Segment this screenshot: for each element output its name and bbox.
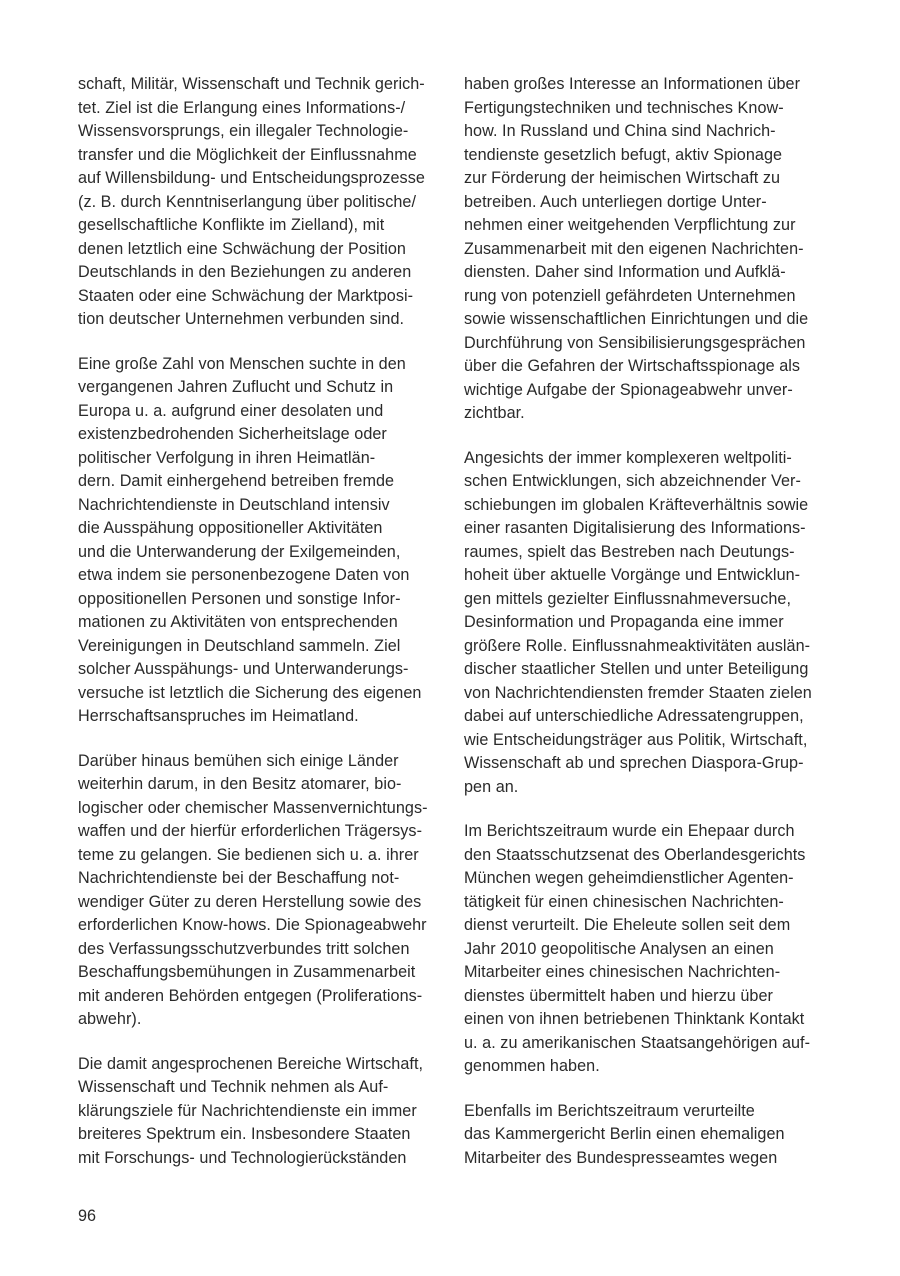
text-line: sowie wissenschaftlichen Einrichtungen u… — [464, 308, 834, 332]
text-line: Wissenschaft und Technik nehmen als Auf- — [78, 1076, 438, 1100]
text-line: über die Gefahren der Wirtschaftsspionag… — [464, 355, 834, 379]
text-line: vergangenen Jahren Zuflucht und Schutz i… — [78, 376, 438, 400]
text-line: teme zu gelangen. Sie bedienen sich u. a… — [78, 844, 438, 868]
text-line: (z. B. durch Kenntniserlangung über poli… — [78, 191, 438, 215]
text-line: gesellschaftliche Konflikte im Zielland)… — [78, 214, 438, 238]
text-line: raumes, spielt das Bestreben nach Deutun… — [464, 541, 834, 565]
text-line: einen von ihnen betriebenen Thinktank Ko… — [464, 1008, 834, 1032]
text-line: Wissensvorsprungs, ein illegaler Technol… — [78, 120, 438, 144]
text-line: logischer oder chemischer Massenvernicht… — [78, 797, 438, 821]
text-line: Mitarbeiter des Bundespresseamtes wegen — [464, 1147, 834, 1171]
text-line: solcher Ausspähungs- und Unterwanderungs… — [78, 658, 438, 682]
text-line: und die Unterwanderung der Exilgemeinden… — [78, 541, 438, 565]
text-line: discher staatlicher Stellen und unter Be… — [464, 658, 834, 682]
text-line: größere Rolle. Einflussnahmeaktivitäten … — [464, 635, 834, 659]
left-column: schaft, Militär, Wissenschaft und Techni… — [78, 73, 438, 1191]
text-line: zichtbar. — [464, 402, 834, 426]
text-line: mit Forschungs- und Technologierückständ… — [78, 1147, 438, 1171]
text-line: Im Berichtszeitraum wurde ein Ehepaar du… — [464, 820, 834, 844]
text-line: erforderlichen Know-hows. Die Spionageab… — [78, 914, 438, 938]
text-line: einer rasanten Digitalisierung des Infor… — [464, 517, 834, 541]
text-line: denen letztlich eine Schwächung der Posi… — [78, 238, 438, 262]
text-line: Durchführung von Sensibilisierungsgesprä… — [464, 332, 834, 356]
text-line: die Ausspähung oppositioneller Aktivität… — [78, 517, 438, 541]
text-line: Nachrichtendienste in Deutschland intens… — [78, 494, 438, 518]
text-line: Wissenschaft ab und sprechen Diaspora-Gr… — [464, 752, 834, 776]
right-column: haben großes Interesse an Informationen … — [464, 73, 834, 1191]
text-line: Nachrichtendienste bei der Beschaffung n… — [78, 867, 438, 891]
text-line: u. a. zu amerikanischen Staatsangehörige… — [464, 1032, 834, 1056]
text-line: existenzbedrohenden Sicherheitslage oder — [78, 423, 438, 447]
paragraph: Angesichts der immer komplexeren weltpol… — [464, 447, 834, 800]
text-line: München wegen geheimdienstlicher Agenten… — [464, 867, 834, 891]
text-line: breiteres Spektrum ein. Insbesondere Sta… — [78, 1123, 438, 1147]
text-line: abwehr). — [78, 1008, 438, 1032]
paragraph: Die damit angesprochenen Bereiche Wirtsc… — [78, 1053, 438, 1171]
text-line: politischer Verfolgung in ihren Heimatlä… — [78, 447, 438, 471]
text-line: tätigkeit für einen chinesischen Nachric… — [464, 891, 834, 915]
text-line: Desinformation und Propaganda eine immer — [464, 611, 834, 635]
text-line: Staaten oder eine Schwächung der Marktpo… — [78, 285, 438, 309]
text-line: tion deutscher Unternehmen verbunden sin… — [78, 308, 438, 332]
text-line: schaft, Militär, Wissenschaft und Techni… — [78, 73, 438, 97]
text-line: wichtige Aufgabe der Spionageabwehr unve… — [464, 379, 834, 403]
text-line: Die damit angesprochenen Bereiche Wirtsc… — [78, 1053, 438, 1077]
paragraph: Darüber hinaus bemühen sich einige Lände… — [78, 750, 438, 1032]
text-line: auf Willensbildung- und Entscheidungspro… — [78, 167, 438, 191]
page-number: 96 — [78, 1205, 96, 1228]
text-line: nehmen einer weitgehenden Verpflichtung … — [464, 214, 834, 238]
text-line: Vereinigungen in Deutschland sammeln. Zi… — [78, 635, 438, 659]
paragraph: schaft, Militär, Wissenschaft und Techni… — [78, 73, 438, 332]
text-line: mit anderen Behörden entgegen (Prolifera… — [78, 985, 438, 1009]
text-line: transfer und die Möglichkeit der Einflus… — [78, 144, 438, 168]
text-line: versuche ist letztlich die Sicherung des… — [78, 682, 438, 706]
text-line: Deutschlands in den Beziehungen zu ander… — [78, 261, 438, 285]
text-line: etwa indem sie personenbezogene Daten vo… — [78, 564, 438, 588]
text-line: diensten. Daher sind Information und Auf… — [464, 261, 834, 285]
text-line: schen Entwicklungen, sich abzeichnender … — [464, 470, 834, 494]
text-line: oppositionellen Personen und sonstige In… — [78, 588, 438, 612]
text-line: Angesichts der immer komplexeren weltpol… — [464, 447, 834, 471]
text-line: Europa u. a. aufgrund einer desolaten un… — [78, 400, 438, 424]
paragraph: Im Berichtszeitraum wurde ein Ehepaar du… — [464, 820, 834, 1079]
paragraph: haben großes Interesse an Informationen … — [464, 73, 834, 426]
text-line: dienstes übermittelt haben und hierzu üb… — [464, 985, 834, 1009]
text-line: Beschaffungsbemühungen in Zusammenarbeit — [78, 961, 438, 985]
text-line: gen mittels gezielter Einflussnahmeversu… — [464, 588, 834, 612]
text-line: des Verfassungsschutzverbundes tritt sol… — [78, 938, 438, 962]
text-line: dienst verurteilt. Die Eheleute sollen s… — [464, 914, 834, 938]
text-line: Darüber hinaus bemühen sich einige Lände… — [78, 750, 438, 774]
text-line: pen an. — [464, 776, 834, 800]
text-line: wendiger Güter zu deren Herstellung sowi… — [78, 891, 438, 915]
text-line: den Staatsschutzsenat des Oberlandesgeri… — [464, 844, 834, 868]
text-line: zur Förderung der heimischen Wirtschaft … — [464, 167, 834, 191]
text-line: hoheit über aktuelle Vorgänge und Entwic… — [464, 564, 834, 588]
text-line: dabei auf unterschiedliche Adressatengru… — [464, 705, 834, 729]
text-line: das Kammergericht Berlin einen ehemalige… — [464, 1123, 834, 1147]
text-line: mationen zu Aktivitäten von entsprechend… — [78, 611, 438, 635]
text-line: weiterhin darum, in den Besitz atomarer,… — [78, 773, 438, 797]
text-line: rung von potenziell gefährdeten Unterneh… — [464, 285, 834, 309]
text-line: Jahr 2010 geopolitische Analysen an eine… — [464, 938, 834, 962]
text-line: klärungsziele für Nachrichtendienste ein… — [78, 1100, 438, 1124]
text-line: Mitarbeiter eines chinesischen Nachricht… — [464, 961, 834, 985]
paragraph: Eine große Zahl von Menschen suchte in d… — [78, 353, 438, 729]
paragraph: Ebenfalls im Berichtszeitraum verurteilt… — [464, 1100, 834, 1171]
text-line: tendienste gesetzlich befugt, aktiv Spio… — [464, 144, 834, 168]
text-line: haben großes Interesse an Informationen … — [464, 73, 834, 97]
text-line: dern. Damit einhergehend betreiben fremd… — [78, 470, 438, 494]
text-line: Eine große Zahl von Menschen suchte in d… — [78, 353, 438, 377]
text-line: Herrschaftsanspruches im Heimatland. — [78, 705, 438, 729]
text-line: Ebenfalls im Berichtszeitraum verurteilt… — [464, 1100, 834, 1124]
text-line: Fertigungstechniken und technisches Know… — [464, 97, 834, 121]
text-line: how. In Russland und China sind Nachrich… — [464, 120, 834, 144]
text-line: Zusammenarbeit mit den eigenen Nachricht… — [464, 238, 834, 262]
text-line: betreiben. Auch unterliegen dortige Unte… — [464, 191, 834, 215]
text-line: tet. Ziel ist die Erlangung eines Inform… — [78, 97, 438, 121]
text-line: genommen haben. — [464, 1055, 834, 1079]
text-line: schiebungen im globalen Kräfteverhältnis… — [464, 494, 834, 518]
text-line: von Nachrichtendiensten fremder Staaten … — [464, 682, 834, 706]
text-line: waffen und der hierfür erforderlichen Tr… — [78, 820, 438, 844]
text-line: wie Entscheidungsträger aus Politik, Wir… — [464, 729, 834, 753]
